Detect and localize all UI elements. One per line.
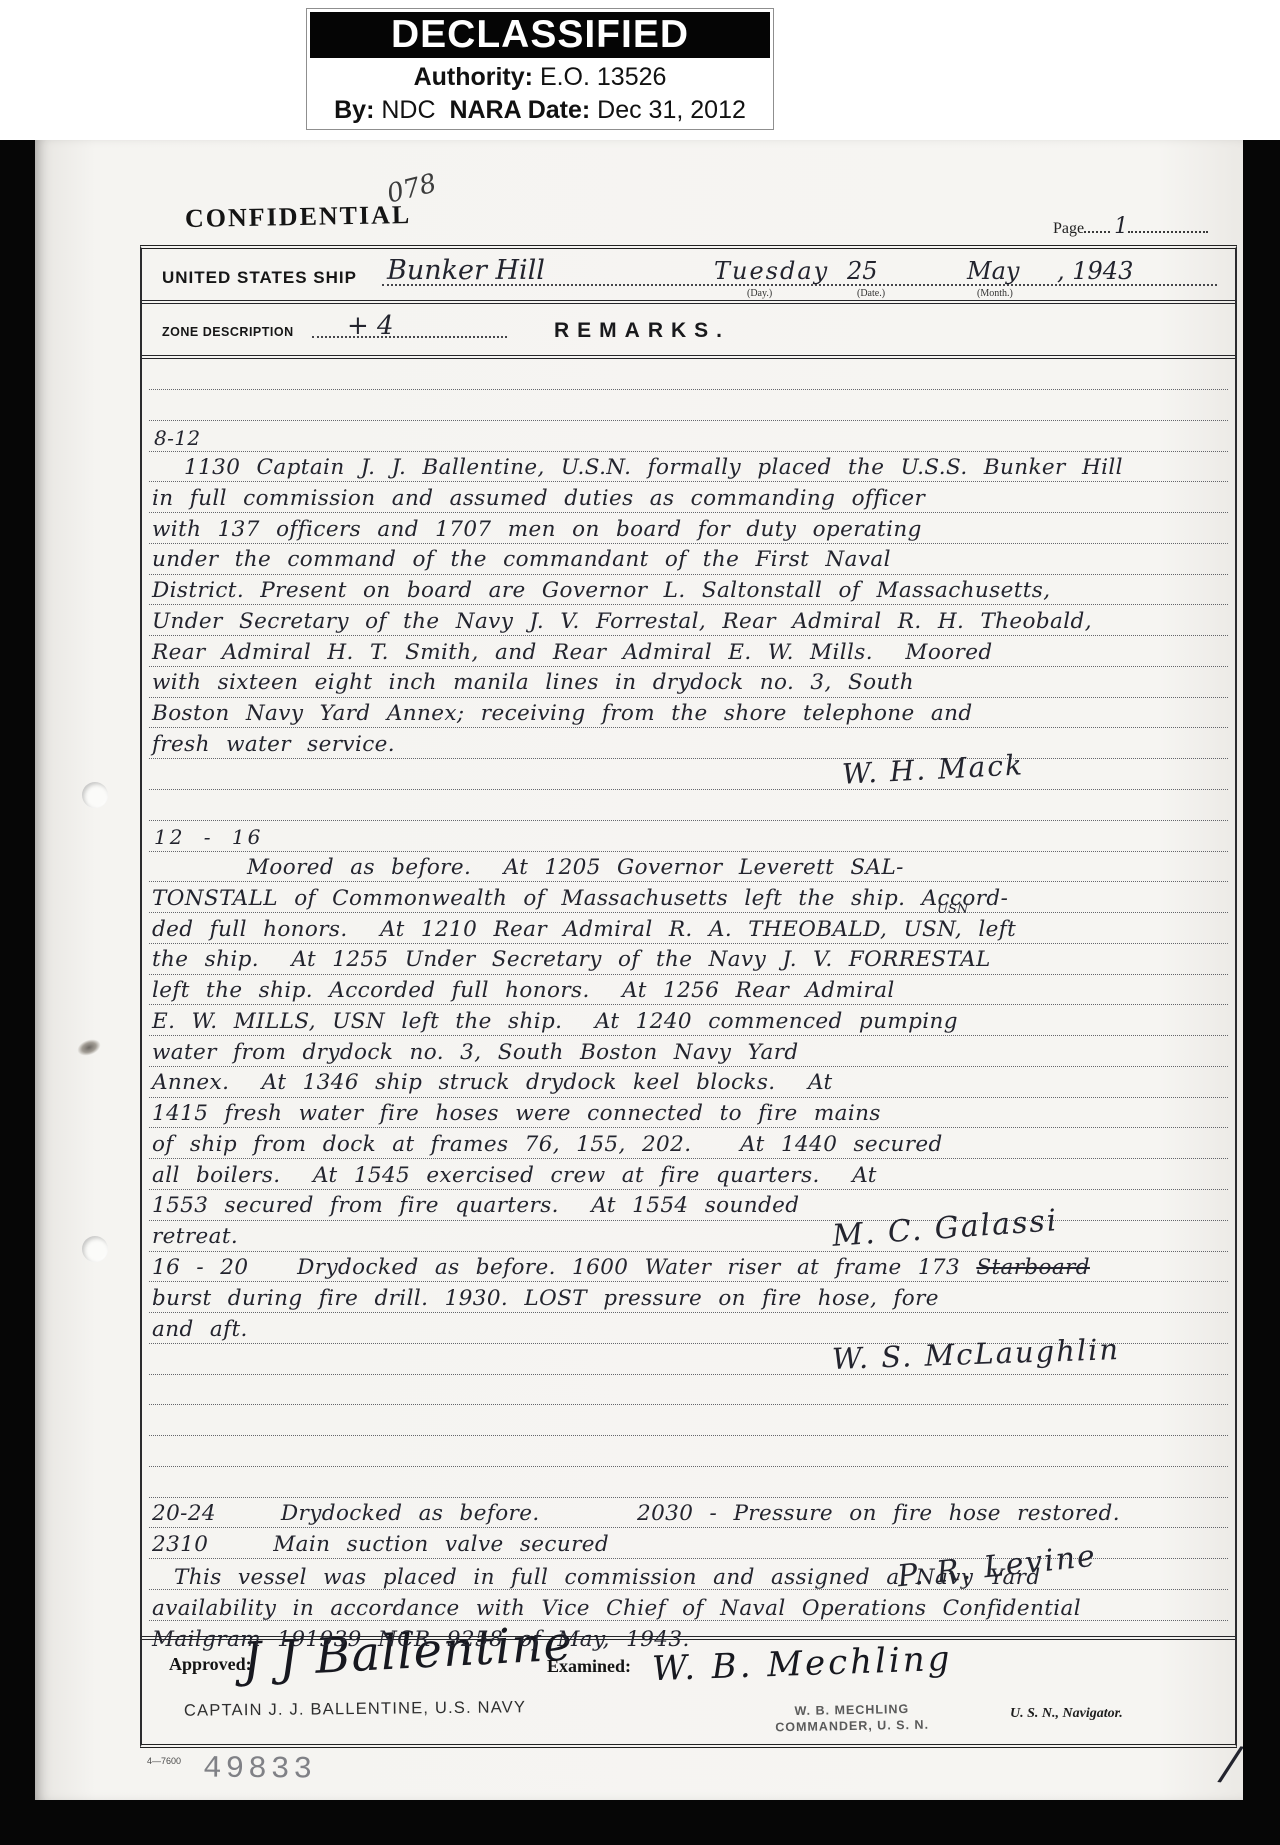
day-caption: (Day.) <box>747 288 772 299</box>
ruled-line <box>149 789 1228 790</box>
log-line: 1553 secured from fire quarters. At 1554… <box>152 1191 1222 1222</box>
log-line: with sixteen eight inch manila lines in … <box>152 668 1217 699</box>
log-line: fresh water service. <box>152 730 1217 761</box>
authority-label: Authority: <box>414 63 533 91</box>
remarks-area: 8-12 1130 Captain J. J. Ballentine, U.S.… <box>142 359 1235 1640</box>
serial-number-stamp: 49833 <box>203 1752 316 1788</box>
ruled-line <box>149 451 1228 452</box>
log-line: in full commission and assumed duties as… <box>152 484 1217 515</box>
ruled-line <box>149 820 1228 821</box>
log-sheet-paper: CONFIDENTIAL 078 Page 1 UNITED STATES SH… <box>35 140 1243 1800</box>
log-line: TONSTALL of Commonwealth of Massachusett… <box>152 884 1222 915</box>
log-entry-12-16: Moored as before. At 1205 Governor Lever… <box>152 853 1222 1253</box>
page-leader-dots <box>1128 218 1208 233</box>
ballentine-stamp: CAPTAIN J. J. BALLENTINE, U.S. NAVY <box>184 1698 526 1721</box>
log-year: , 1943 <box>1057 257 1133 285</box>
log-form-box: UNITED STATES SHIP Bunker Hill Tuesday (… <box>140 245 1237 1748</box>
declassified-stamp: DECLASSIFIED Authority: E.O. 13526 By: N… <box>306 8 774 130</box>
by-value: NDC <box>381 96 435 124</box>
log-line: retreat. <box>152 1222 1222 1253</box>
by-label: By: <box>334 96 374 124</box>
page-indicator: Page 1 <box>1053 214 1208 239</box>
page-label: Page <box>1053 220 1084 237</box>
scanned-deck-log-page: DECLASSIFIED Authority: E.O. 13526 By: N… <box>0 0 1280 1845</box>
log-line: This vessel was placed in full commissio… <box>152 1563 1222 1594</box>
log-line: District. Present on board are Governor … <box>152 576 1217 607</box>
corner-number: 078 <box>384 168 439 209</box>
ruled-line <box>149 1374 1228 1375</box>
authority-line: Authority: E.O. 13526 <box>307 61 773 94</box>
log-entry-8-12: 1130 Captain J. J. Ballentine, U.S.N. fo… <box>152 453 1217 761</box>
log-line: 20-24 Drydocked as before. 2030 - Pressu… <box>152 1499 1222 1530</box>
declassified-banner: DECLASSIFIED <box>310 12 770 58</box>
authority-value: E.O. 13526 <box>540 63 666 91</box>
watch-header-12-16: 12 - 16 <box>154 822 263 853</box>
log-line: water from drydock no. 3, South Boston N… <box>152 1038 1222 1069</box>
zone-description-label: ZONE DESCRIPTION <box>162 325 294 339</box>
approval-block: Approved: J J Ballentine CAPTAIN J. J. B… <box>142 1640 1235 1744</box>
ruled-line <box>149 1435 1228 1436</box>
top-band: DECLASSIFIED Authority: E.O. 13526 By: N… <box>0 0 1280 140</box>
ruled-line <box>149 1404 1228 1405</box>
log-line: Rear Admiral H. T. Smith, and Rear Admir… <box>152 638 1217 669</box>
date-caption: (Date.) <box>857 288 885 299</box>
scan-background: CONFIDENTIAL 078 Page 1 UNITED STATES SH… <box>0 140 1280 1845</box>
log-line: of ship from dock at frames 76, 155, 202… <box>152 1130 1222 1161</box>
mechling-stamp: W. B. MECHLINGCOMMANDER, U. S. N. <box>737 1700 968 1736</box>
ruled-line <box>149 1466 1228 1467</box>
examined-label: Examined: <box>547 1656 631 1677</box>
log-line-text: 16 - 20 Drydocked as before. 1600 Water … <box>152 1255 976 1280</box>
page-leader-dots <box>1084 218 1110 233</box>
log-line: 16 - 20 Drydocked as before. 1600 Water … <box>152 1253 1222 1284</box>
log-day: Tuesday <box>714 257 829 285</box>
ruled-line <box>149 389 1228 390</box>
log-line: ded full honors. At 1210 Rear Admiral R.… <box>152 915 1222 946</box>
confidential-stamp: CONFIDENTIAL <box>185 200 412 234</box>
approved-label: Approved: <box>169 1654 252 1675</box>
navigator-title: U. S. N., Navigator. <box>1010 1706 1123 1722</box>
ink-smudge <box>75 1036 103 1058</box>
mechling-stamp-name: W. B. MECHLING <box>794 1702 909 1718</box>
log-line: all boilers. At 1545 exercised crew at f… <box>152 1161 1222 1192</box>
log-line: under the command of the commandant of t… <box>152 545 1217 576</box>
ship-date-row: UNITED STATES SHIP Bunker Hill Tuesday (… <box>142 249 1235 304</box>
commissioning-note: This vessel was placed in full commissio… <box>152 1563 1222 1655</box>
log-line: 1415 fresh water fire hoses were connect… <box>152 1099 1222 1130</box>
log-month: May <box>967 257 1019 285</box>
page-number: 1 <box>1114 214 1128 239</box>
usn-insertion-note: USN <box>937 902 968 917</box>
log-line: with 137 officers and 1707 men on board … <box>152 515 1217 546</box>
watch-header-8-12: 8-12 <box>154 423 201 454</box>
struck-word: Starboard <box>976 1255 1090 1280</box>
punch-hole <box>82 1236 108 1262</box>
month-caption: (Month.) <box>977 288 1013 299</box>
log-line: 1130 Captain J. J. Ballentine, U.S.N. fo… <box>152 453 1217 484</box>
ruled-line <box>149 420 1228 421</box>
ruled-line <box>149 1497 1228 1498</box>
log-line: Boston Navy Yard Annex; receiving from t… <box>152 699 1217 730</box>
zone-remarks-row: ZONE DESCRIPTION + 4 REMARKS. <box>142 304 1235 359</box>
log-line: burst during fire drill. 1930. LOST pres… <box>152 1284 1222 1315</box>
ship-name: Bunker Hill <box>387 255 545 286</box>
zone-description-value: + 4 <box>347 311 394 341</box>
log-date: 25 <box>847 257 878 285</box>
log-line: Mailgram 191939 NCR 9258 of May, 1943. <box>152 1625 1222 1656</box>
log-line: Moored as before. At 1205 Governor Lever… <box>152 853 1222 884</box>
ship-label: UNITED STATES SHIP <box>162 268 357 288</box>
log-line: the ship. At 1255 Under Secretary of the… <box>152 945 1222 976</box>
log-line: left the ship. Accorded full honors. At … <box>152 976 1222 1007</box>
nara-date-label: NARA Date: <box>449 96 590 124</box>
log-line: Annex. At 1346 ship struck drydock keel … <box>152 1068 1222 1099</box>
mechling-stamp-rank: COMMANDER, U. S. N. <box>775 1718 929 1735</box>
punch-hole <box>82 782 108 808</box>
log-line: E. W. MILLS, USN left the ship. At 1240 … <box>152 1007 1222 1038</box>
log-line: availability in accordance with Vice Chi… <box>152 1594 1222 1625</box>
log-line: Under Secretary of the Navy J. V. Forres… <box>152 607 1217 638</box>
form-number: 4—7600 <box>147 1756 181 1766</box>
remarks-heading: REMARKS. <box>522 319 762 343</box>
log-entry-16-20: 16 - 20 Drydocked as before. 1600 Water … <box>152 1253 1222 1345</box>
zone-underline <box>312 336 507 338</box>
ruled-line <box>149 851 1228 852</box>
nara-line: By: NDC NARA Date: Dec 31, 2012 <box>307 94 773 127</box>
nara-date-value: Dec 31, 2012 <box>597 96 746 124</box>
